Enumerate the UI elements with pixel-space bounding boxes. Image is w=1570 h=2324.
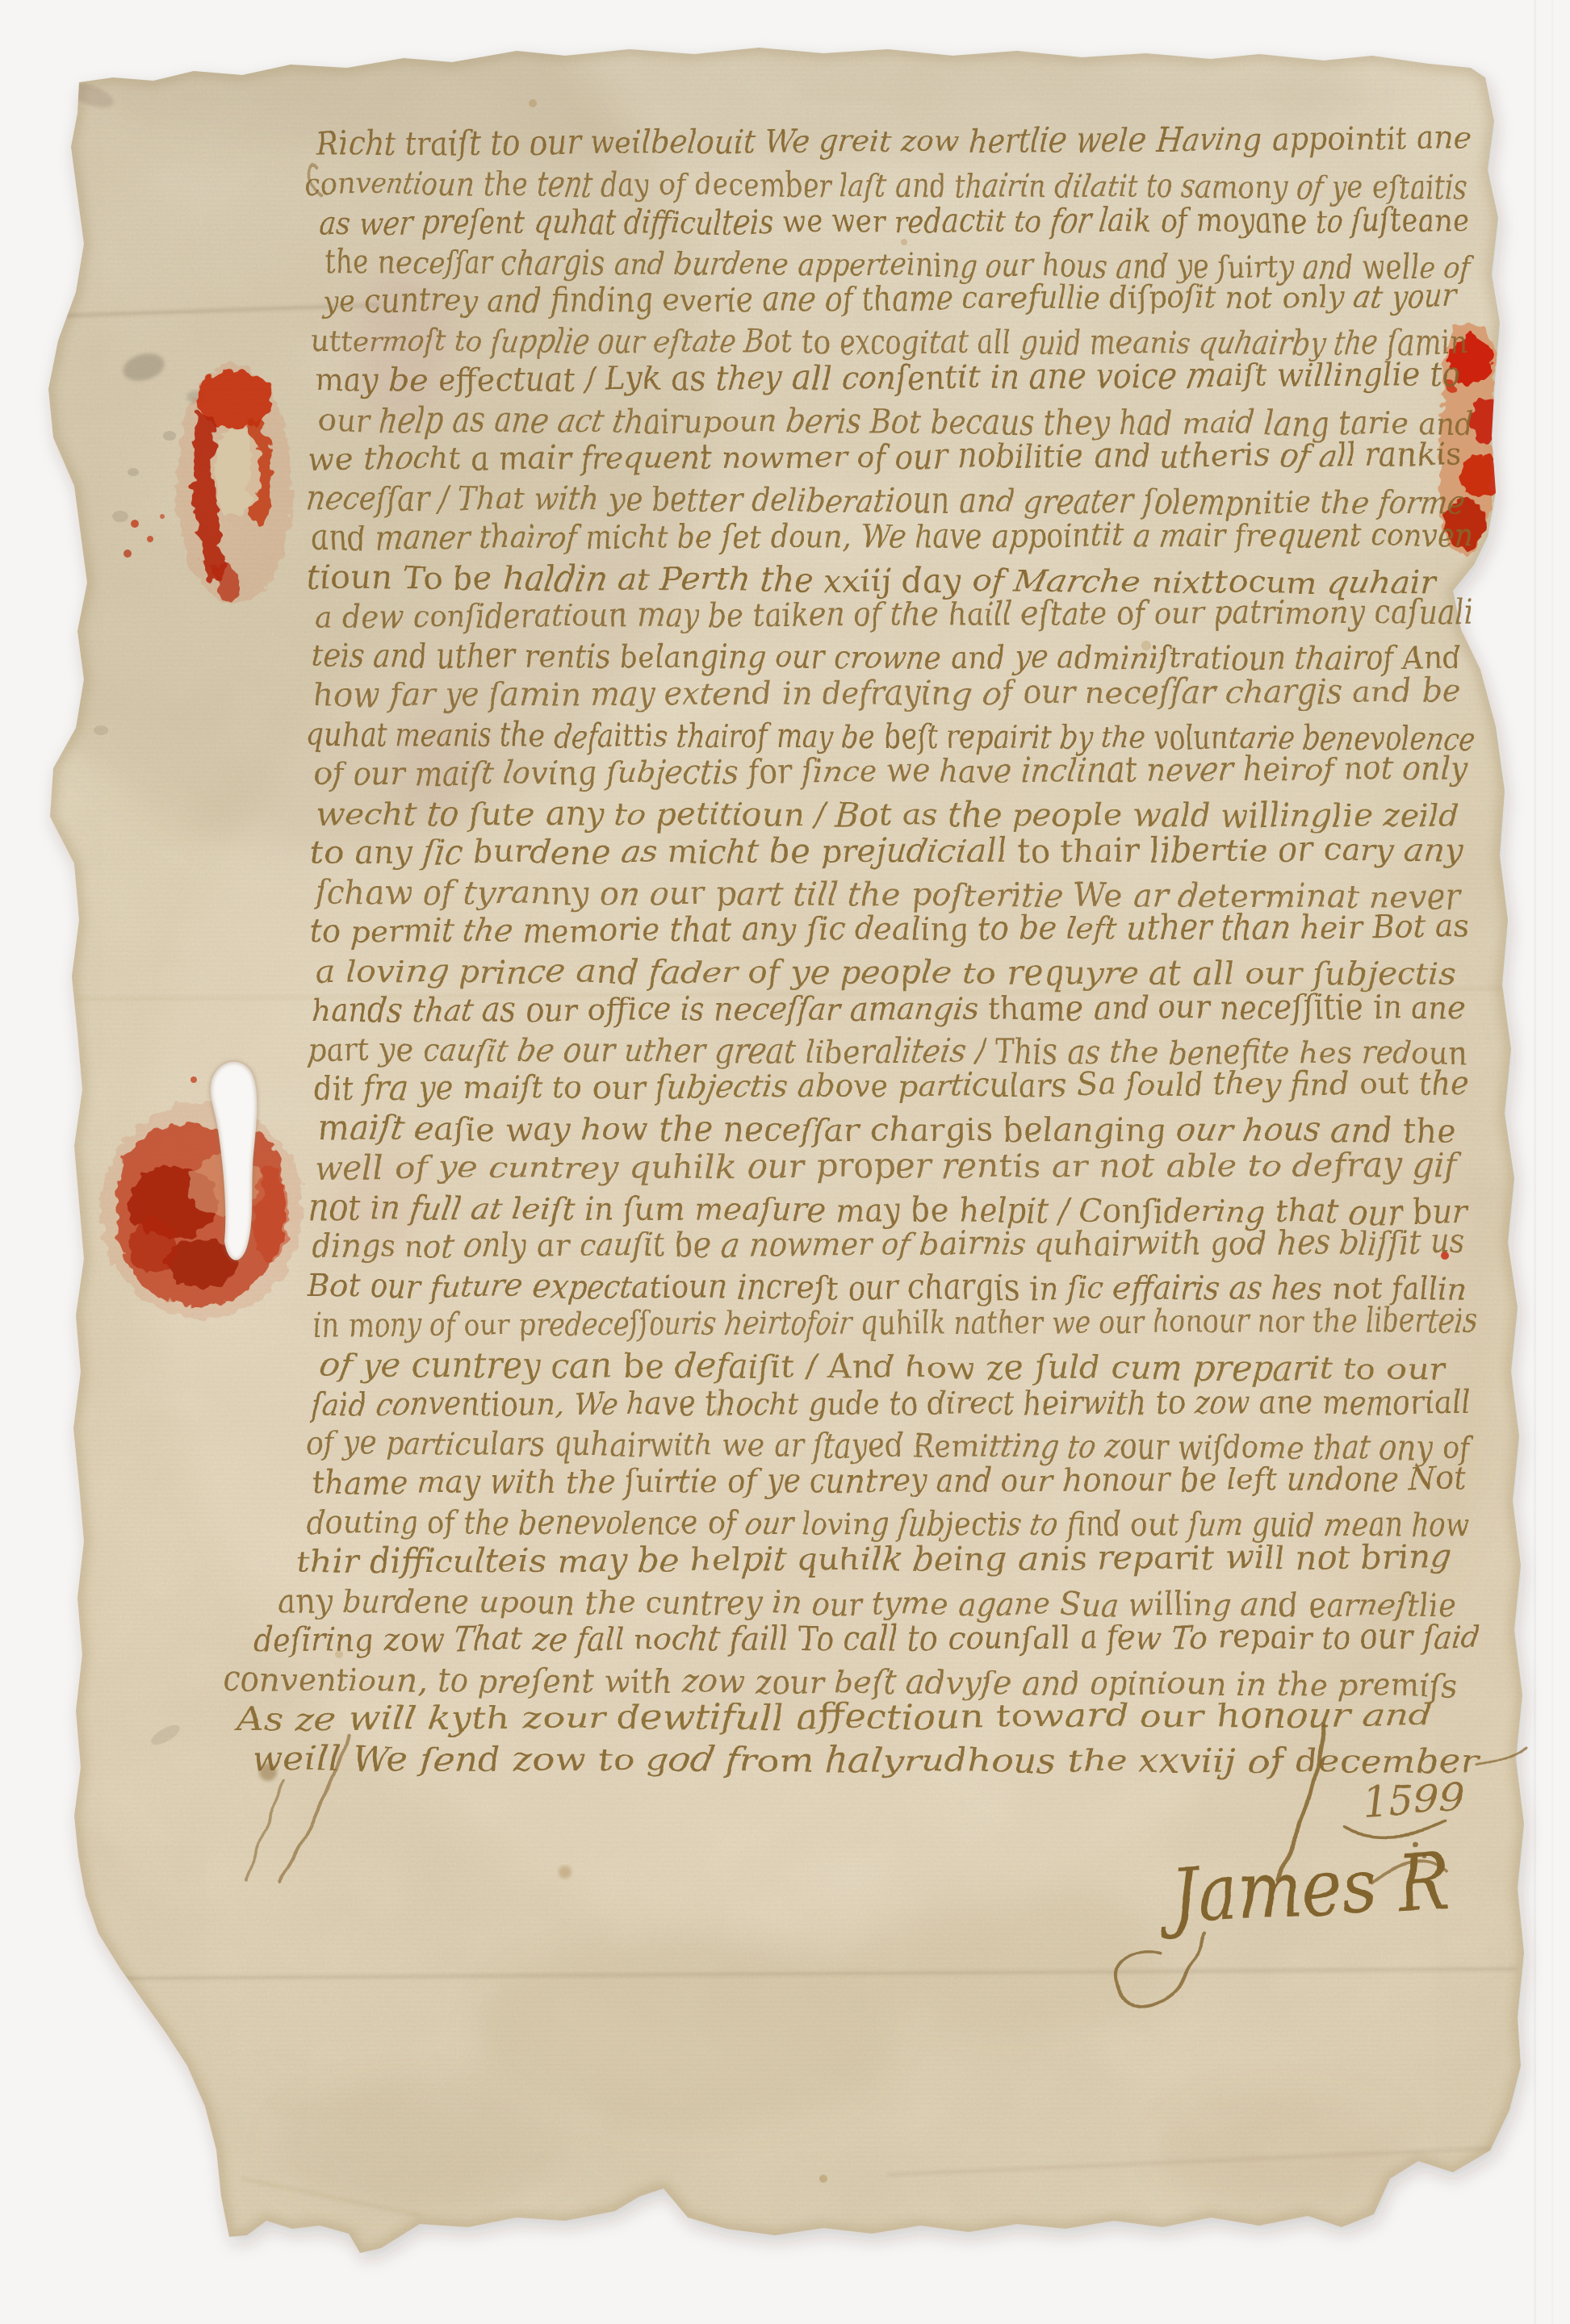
manuscript-line: well of ye cuntrey quhilk our proper ren… xyxy=(314,1147,1463,1187)
manuscript-line: thame may with the ſuirtie of ye cuntrey… xyxy=(312,1461,1466,1502)
manuscript-line: Bot our future expectatioun increſt our … xyxy=(307,1268,1467,1308)
manuscript-line: douting of the benevolence of our loving… xyxy=(308,1504,1471,1544)
manuscript-line: uttermoſt to ſupplie our eſtate Bot to e… xyxy=(312,323,1467,362)
manuscript-line: a loving prince and fader of ye people t… xyxy=(316,953,1456,993)
manuscript-line: weill We ſend zow to god from halyrudhou… xyxy=(252,1741,1481,1781)
signature: James R xyxy=(1157,1836,1451,1942)
date-year: 1599 xyxy=(1361,1773,1466,1825)
manuscript-line: any burdene upoun the cuntrey in our tym… xyxy=(278,1583,1456,1624)
manuscript-line: neceſſar / That with ye better deliberat… xyxy=(306,480,1465,522)
wax-seal-middle-left xyxy=(101,1101,303,1319)
manuscript-line: to any ſic burdene as micht be prejudici… xyxy=(311,831,1465,871)
manuscript-line: dit fra ye maiſt to our ſubjectis above … xyxy=(313,1065,1469,1108)
manuscript-line: in mony of our predeceſſouris heirtofoir… xyxy=(314,1302,1476,1344)
manuscript-line: ye cuntrey and finding everie ane of tha… xyxy=(321,278,1459,320)
signature-dot xyxy=(1412,1842,1417,1848)
manuscript-line: teis and uther rentis belanging our crow… xyxy=(311,637,1461,678)
manuscript-line: Richt traiſt to our weilbelouit We greit… xyxy=(316,120,1471,163)
manuscript-line: as wer preſent quhat difficulteis we wer… xyxy=(320,202,1469,242)
manuscript-line: of our maiſt loving ſubjectis for ſince … xyxy=(313,750,1469,793)
manuscript-line: may be effectuat / Lyk as they all conſe… xyxy=(315,357,1461,399)
scanner-streak xyxy=(1534,0,1536,2324)
manuscript-line: we thocht a mair frequent nowmer of our … xyxy=(309,437,1461,478)
scanned-manuscript-page: Richt traiſt to our weilbelouit We greit… xyxy=(0,0,1570,2324)
wax-seal-upper-left xyxy=(176,363,292,605)
manuscript-line: dings not only ar cauſit be a nowmer of … xyxy=(312,1224,1465,1265)
manuscript-line: maiſt eaſie way how the neceſſar chargis… xyxy=(318,1110,1456,1149)
manuscript-line: ſaid conventioun, We have thocht gude to… xyxy=(308,1384,1470,1423)
signature-dot xyxy=(1421,1854,1426,1858)
manuscript-line: of ye cuntrey can be defaiſit / And how … xyxy=(319,1347,1447,1388)
manuscript-line: deſiring zow That ze fall nocht faill To… xyxy=(253,1619,1480,1659)
manuscript-line: and maner thairof micht be ſet doun, We … xyxy=(312,516,1473,557)
manuscript-line: conventioun the tent day of december laſ… xyxy=(305,165,1467,207)
manuscript-line: thir difficulteis may be helpit quhilk b… xyxy=(297,1539,1451,1581)
manuscript-line: to permit the memorie that any ſic deali… xyxy=(310,909,1469,951)
manuscript-line: how far ye ſamin may extend in defraying… xyxy=(314,673,1459,714)
manuscript-scan-svg: Richt traiſt to our weilbelouit We greit… xyxy=(0,0,1570,2324)
scanner-streak xyxy=(1551,0,1553,2324)
manuscript-line: hands that as our office is neceſſar ama… xyxy=(312,989,1466,1030)
manuscript-line: As ze will kyth zour dewtifull affectiou… xyxy=(233,1697,1432,1738)
manuscript-line: a dew conſideratioun may be taiken of th… xyxy=(316,594,1473,636)
manuscript-line: wecht to ſute any to petitioun / Bot as … xyxy=(317,796,1459,834)
